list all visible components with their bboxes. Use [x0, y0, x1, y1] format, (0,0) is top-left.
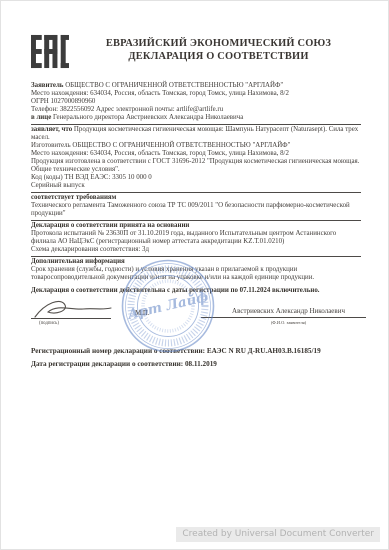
manufacturer-address: Место нахождения: 634034, Россия, област…: [31, 150, 361, 158]
manufacturer-label: Изготовитель: [31, 142, 71, 149]
applicant-address: Место нахождения: 634034, Россия, област…: [31, 90, 361, 98]
signatory-name-line: [201, 317, 366, 318]
signature-caption: (подпись): [39, 320, 59, 328]
section-divider: [31, 192, 361, 193]
product-declaration: заявляет, что Продукция косметическая ги…: [31, 126, 361, 142]
signature-line: [31, 318, 111, 319]
product-gost: Продукция изготовлена в соответствии с Г…: [31, 158, 361, 174]
document-header: ЕВРАЗИЙСКИЙ ЭКОНОМИЧЕСКИЙ СОЮЗ ДЕКЛАРАЦИ…: [1, 1, 388, 75]
basis-protocol: Протокола испытаний № 23630П от 31.10.20…: [31, 230, 361, 246]
applicant-ogrn: ОГРН 1027000890960: [31, 98, 361, 106]
declaration-document: ЕВРАЗИЙСКИЙ ЭКОНОМИЧЕСКИЙ СОЮЗ ДЕКЛАРАЦИ…: [0, 0, 389, 550]
applicant-name: ОБЩЕСТВО С ОГРАНИЧЕННОЙ ОТВЕТСТВЕННОСТЬЮ…: [65, 82, 283, 89]
signature-area: (подпись) М.П. Австриевских Александр Ни…: [31, 298, 361, 344]
release-type: Серийный выпуск: [31, 182, 361, 190]
section-divider: [31, 124, 361, 125]
stamp-place-label: М.П.: [135, 310, 150, 318]
representative-name: Генерального директора Австриевских Алек…: [53, 114, 243, 121]
applicant-contacts: Телефон: 3822556092 Адрес электронной по…: [31, 106, 361, 114]
title-declaration: ДЕКЛАРАЦИЯ О СООТВЕТСТВИИ: [77, 51, 360, 64]
title-union: ЕВРАЗИЙСКИЙ ЭКОНОМИЧЕСКИЙ СОЮЗ: [77, 38, 360, 51]
converter-watermark: Created by Universal Document Converter: [176, 527, 380, 542]
representative-label: в лице: [31, 114, 51, 121]
eac-logo-icon: [31, 33, 71, 75]
document-body: Заявитель ОБЩЕСТВО С ОГРАНИЧЕННОЙ ОТВЕТС…: [1, 75, 388, 368]
manufacturer-name: ОБЩЕСТВО С ОГРАНИЧЕННОЙ ОТВЕТСТВЕННОСТЬЮ…: [72, 142, 290, 149]
document-title: ЕВРАЗИЙСКИЙ ЭКОНОМИЧЕСКИЙ СОЮЗ ДЕКЛАРАЦИ…: [71, 33, 360, 63]
basis-scheme: Схема декларирования соответствия: 3д: [31, 246, 361, 254]
additional-heading: Дополнительная информация: [31, 258, 361, 266]
declares-label: заявляет, что: [31, 126, 72, 133]
basis-heading: Декларация о соответствии принята на осн…: [31, 222, 361, 230]
signatory-name: Австриевских Александр Николаевич: [211, 307, 366, 315]
section-divider: [31, 220, 361, 221]
compliance-heading: соответствует требованиям: [31, 194, 361, 202]
validity-statement: Декларация о соответствии действительна …: [31, 287, 361, 295]
product-description: Продукция косметическая гигиеническая мо…: [31, 126, 358, 141]
section-divider: [31, 256, 361, 257]
manufacturer-line: Изготовитель ОБЩЕСТВО С ОГРАНИЧЕННОЙ ОТВ…: [31, 142, 361, 150]
tnved-code: Код (коды) ТН ВЭД ЕАЭС: 3305 10 000 0: [31, 174, 361, 182]
registration-number: Регистрационный номер декларации о соотв…: [31, 347, 361, 355]
registration-date: Дата регистрации декларации о соответств…: [31, 360, 361, 368]
additional-body: Срок хранения (службы, годности) и услов…: [31, 266, 361, 282]
compliance-body: Технического регламента Таможенного союз…: [31, 202, 361, 218]
applicant-representative: в лице Генерального директора Австриевск…: [31, 114, 361, 122]
signatory-name-caption: (Ф.И.О. заявителя): [211, 319, 366, 327]
applicant-label: Заявитель: [31, 82, 63, 89]
applicant-line: Заявитель ОБЩЕСТВО С ОГРАНИЧЕННОЙ ОТВЕТС…: [31, 82, 361, 90]
